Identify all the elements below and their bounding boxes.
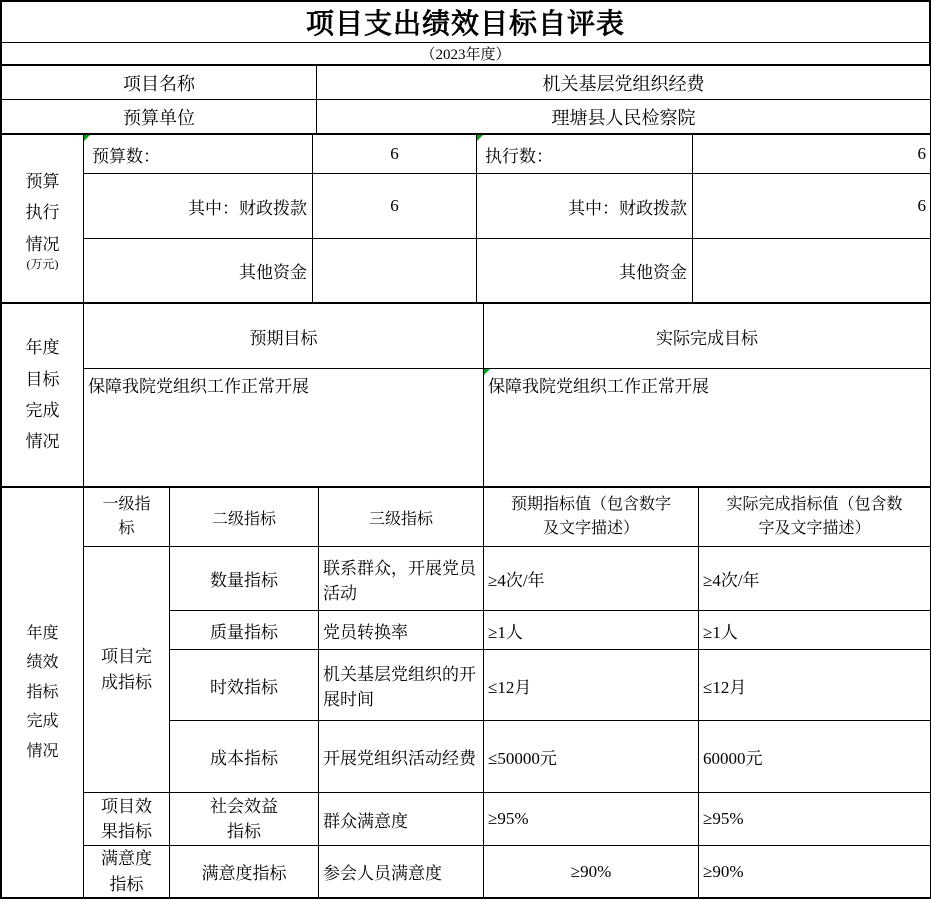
- level2-cell: 满意度指标: [170, 846, 319, 898]
- group-satisfaction: 满意度指标: [84, 846, 170, 898]
- annual-goal-band: 年度目标完成情况 预期目标 实际完成目标 保障我院党组织工作正常开展 保障我院党…: [1, 303, 931, 487]
- expected-goal-header: 预期目标: [84, 304, 484, 369]
- actual-value-cell[interactable]: ≥1人: [699, 611, 931, 650]
- level2-cell: 时效指标: [170, 650, 319, 721]
- indicator-row-quantity: 项目完成指标 数量指标 联系群众，开展党员活动 ≥4次/年 ≥4次/年: [2, 547, 931, 611]
- expected-value-cell[interactable]: ≥90%: [484, 846, 699, 898]
- page-title: 项目支出绩效目标自评表: [2, 2, 930, 43]
- project-name-value[interactable]: 机关基层党组织经费: [317, 66, 931, 100]
- actual-value-header: 实际完成指标值（包含数字及文字描述）: [699, 488, 931, 547]
- other-funds-value-left[interactable]: [313, 239, 477, 303]
- level3-cell: 群众满意度: [319, 793, 484, 846]
- project-name-label: 项目名称: [2, 66, 317, 100]
- other-funds-value-right[interactable]: [693, 239, 931, 303]
- expected-value-cell[interactable]: ≥95%: [484, 793, 699, 846]
- actual-value-cell[interactable]: 60000元: [699, 721, 931, 793]
- group-project-effect: 项目效果指标: [84, 793, 170, 846]
- expected-value-header: 预期指标值（包含数字及文字描述）: [484, 488, 699, 547]
- level3-header: 三级指标: [319, 488, 484, 547]
- level3-cell: 参会人员满意度: [319, 846, 484, 898]
- execution-number-label: 执行数：: [477, 135, 693, 174]
- title-band: 项目支出绩效目标自评表 （2023年度）: [1, 1, 930, 65]
- expected-value-cell[interactable]: ≥1人: [484, 611, 699, 650]
- project-info-band: 项目名称 机关基层党组织经费 预算单位 理塘县人民检察院: [1, 65, 931, 134]
- self-evaluation-sheet: 项目支出绩效目标自评表 （2023年度） 项目名称 机关基层党组织经费 预算单位…: [0, 0, 931, 899]
- comment-marker-icon: [477, 135, 483, 141]
- expected-value-cell[interactable]: ≥4次/年: [484, 547, 699, 611]
- budget-unit-label: 预算单位: [2, 100, 317, 134]
- level2-cell: 数量指标: [170, 547, 319, 611]
- budget-unit-note: (万元): [2, 258, 83, 271]
- budget-number-value[interactable]: 6: [313, 135, 477, 174]
- actual-value-cell[interactable]: ≥4次/年: [699, 547, 931, 611]
- level2-header: 二级指标: [170, 488, 319, 547]
- fiscal-allocation-value-left[interactable]: 6: [313, 174, 477, 239]
- other-funds-label-right: 其他资金: [477, 239, 693, 303]
- budget-section-header: 预算执行情况 (万元): [2, 135, 84, 303]
- level3-cell: 党员转换率: [319, 611, 484, 650]
- expected-value-cell[interactable]: ≤50000元: [484, 721, 699, 793]
- level1-header: 一级指标: [84, 488, 170, 547]
- other-funds-label-left: 其他资金: [84, 239, 313, 303]
- indicator-row-social-benefit: 项目效果指标 社会效益指标 群众满意度 ≥95% ≥95%: [2, 793, 931, 846]
- level3-cell: 机关基层党组织的开展时间: [319, 650, 484, 721]
- expected-value-cell[interactable]: ≤12月: [484, 650, 699, 721]
- level2-cell: 质量指标: [170, 611, 319, 650]
- indicator-row-satisfaction: 满意度指标 满意度指标 参会人员满意度 ≥90% ≥90%: [2, 846, 931, 898]
- comment-marker-icon: [84, 135, 90, 141]
- fiscal-allocation-value-right[interactable]: 6: [693, 174, 931, 239]
- fiscal-allocation-label-left: 其中：财政拨款: [84, 174, 313, 239]
- level3-cell: 开展党组织活动经费: [319, 721, 484, 793]
- actual-value-cell[interactable]: ≥95%: [699, 793, 931, 846]
- actual-value-cell[interactable]: ≥90%: [699, 846, 931, 898]
- level3-cell: 联系群众，开展党员活动: [319, 547, 484, 611]
- annual-goal-section-header: 年度目标完成情况: [2, 304, 84, 487]
- comment-marker-icon: [484, 369, 490, 375]
- actual-value-cell[interactable]: ≤12月: [699, 650, 931, 721]
- fiscal-allocation-label-right: 其中：财政拨款: [477, 174, 693, 239]
- group-project-completion: 项目完成指标: [84, 547, 170, 793]
- expected-goal-content[interactable]: 保障我院党组织工作正常开展: [84, 369, 484, 487]
- budget-execution-band: 预算执行情况 (万元) 预算数： 6 执行数： 6 其中：财政拨款 6 其中：财…: [1, 134, 931, 303]
- indicators-band: 年度绩效指标完成情况 一级指标 二级指标 三级指标 预期指标值（包含数字及文字描…: [1, 487, 931, 898]
- level2-cell: 社会效益指标: [170, 793, 319, 846]
- indicators-section-header: 年度绩效指标完成情况: [2, 488, 84, 898]
- page-subtitle: （2023年度）: [2, 43, 930, 65]
- execution-number-value[interactable]: 6: [693, 135, 931, 174]
- level2-cell: 成本指标: [170, 721, 319, 793]
- actual-goal-content[interactable]: 保障我院党组织工作正常开展: [484, 369, 931, 487]
- budget-unit-value[interactable]: 理塘县人民检察院: [317, 100, 931, 134]
- actual-goal-header: 实际完成目标: [484, 304, 931, 369]
- budget-number-label: 预算数：: [84, 135, 313, 174]
